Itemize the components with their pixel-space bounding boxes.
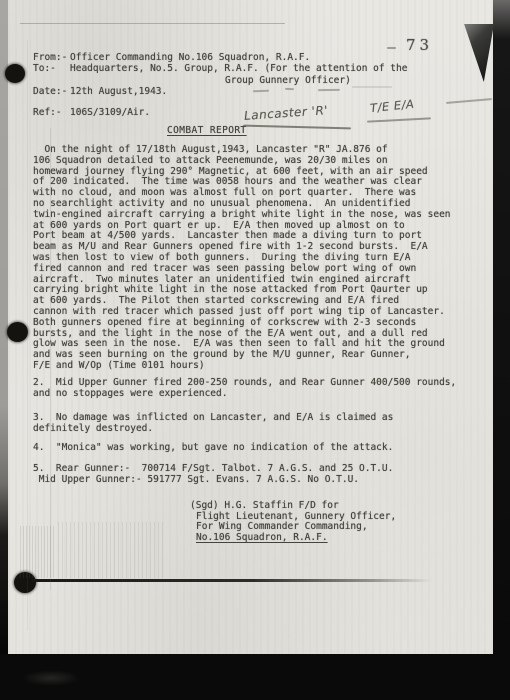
date-value: 12th August,1943. bbox=[70, 87, 167, 98]
signature-unit-underlined: No.106 Squadron, R.A.F. bbox=[196, 532, 328, 543]
page-number-stamp: 73 bbox=[406, 36, 433, 54]
signature-block: (Sgd) H.G. Staffin F/D for Flight Lieute… bbox=[190, 501, 396, 543]
punch-hole-middle bbox=[7, 322, 28, 342]
scan-smudge bbox=[22, 670, 80, 686]
report-line: twin-engined aircraft carrying a bright … bbox=[33, 210, 451, 221]
report-paragraph-2: 2. Mid Upper Gunner fired 200-250 rounds… bbox=[33, 378, 456, 400]
pencil-dash bbox=[352, 86, 392, 88]
report-paragraph-5: 5. Rear Gunner:- 700714 F/Sgt. Talbot. 7… bbox=[33, 464, 393, 486]
scan-artifact-topline bbox=[20, 23, 285, 24]
punch-hole-top bbox=[5, 64, 25, 83]
report-line: Both gunners opened fire at beginning of… bbox=[33, 318, 451, 329]
report-title: COMBAT REPORT bbox=[167, 126, 247, 137]
paper-texture bbox=[20, 526, 56, 578]
scan-left-edge bbox=[0, 0, 8, 654]
pencil-dash bbox=[285, 88, 294, 90]
paper-texture bbox=[58, 522, 163, 580]
report-line: 4. "Monica" was working, but gave no ind… bbox=[33, 443, 393, 454]
to-value: Headquarters, No.5. Group, R.A.F. (For t… bbox=[70, 64, 407, 75]
ref-label: Ref:- bbox=[33, 108, 62, 119]
scanned-combat-report: 73 From:- Officer Commanding No.106 Squa… bbox=[0, 0, 510, 700]
pencil-dash bbox=[318, 89, 340, 91]
date-label: Date:- bbox=[33, 87, 67, 98]
report-paragraph-3: 3. No damage was inflicted on Lancaster,… bbox=[33, 413, 393, 435]
report-paragraph-4: 4. "Monica" was working, but gave no ind… bbox=[33, 443, 393, 454]
report-line: fired cannon and red tracer was seen pas… bbox=[33, 264, 451, 275]
signature-line: (Sgd) H.G. Staffin F/D for bbox=[190, 501, 396, 512]
report-line: Mid Upper Gunner:- 591777 Sgt. Evans. 7 … bbox=[33, 475, 393, 486]
report-line: 106 Squadron detailed to attack Peenemun… bbox=[33, 156, 451, 167]
scan-right-edge bbox=[493, 0, 510, 654]
pencil-dash bbox=[387, 47, 396, 49]
ref-value: 106S/3109/Air. bbox=[70, 108, 150, 119]
report-line: F/E and W/Op (Time 0101 hours) bbox=[33, 361, 451, 372]
report-line: and no stoppages were experienced. bbox=[33, 389, 456, 400]
to-label: To:- bbox=[33, 64, 56, 75]
report-paragraph-1: On the night of 17/18th August,1943, Lan… bbox=[33, 145, 451, 372]
to-value-continued: Group Gunnery Officer) bbox=[225, 76, 351, 87]
report-line: definitely destroyed. bbox=[33, 424, 393, 435]
